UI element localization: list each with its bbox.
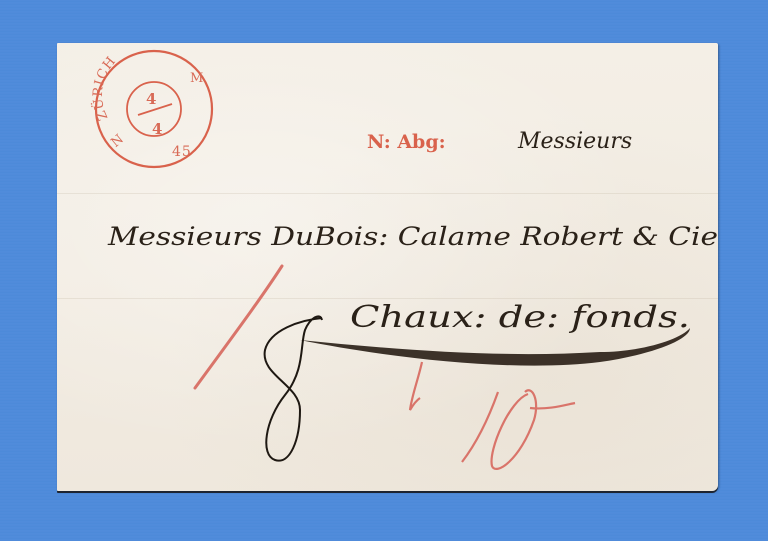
red-small-mark [410,362,422,410]
letter-markings: ZÜRICH 4 4 N M 45 N: Abg: Messieurs Mess… [0,0,768,541]
salutation-text: Messieurs [517,129,632,154]
svg-text:8: 8 [0,0,10,4]
postmark-right-letter: M [190,71,204,86]
destination-text: Chaux: de: fonds. [350,300,690,335]
postmark-day: 4 [146,90,157,108]
red-rate-stroke [195,266,282,388]
postmark-month: 4 [152,120,163,138]
red-rate-numeral-10 [462,390,575,469]
n-abg-handstamp: N: Abg: [367,131,446,153]
postmark-town: ZÜRICH [89,54,120,123]
addressee-text: Messieurs DuBois: Calame Robert & Cie [107,222,718,251]
rate-numeral-8 [265,316,322,460]
postmark-year: 45 [172,144,192,160]
